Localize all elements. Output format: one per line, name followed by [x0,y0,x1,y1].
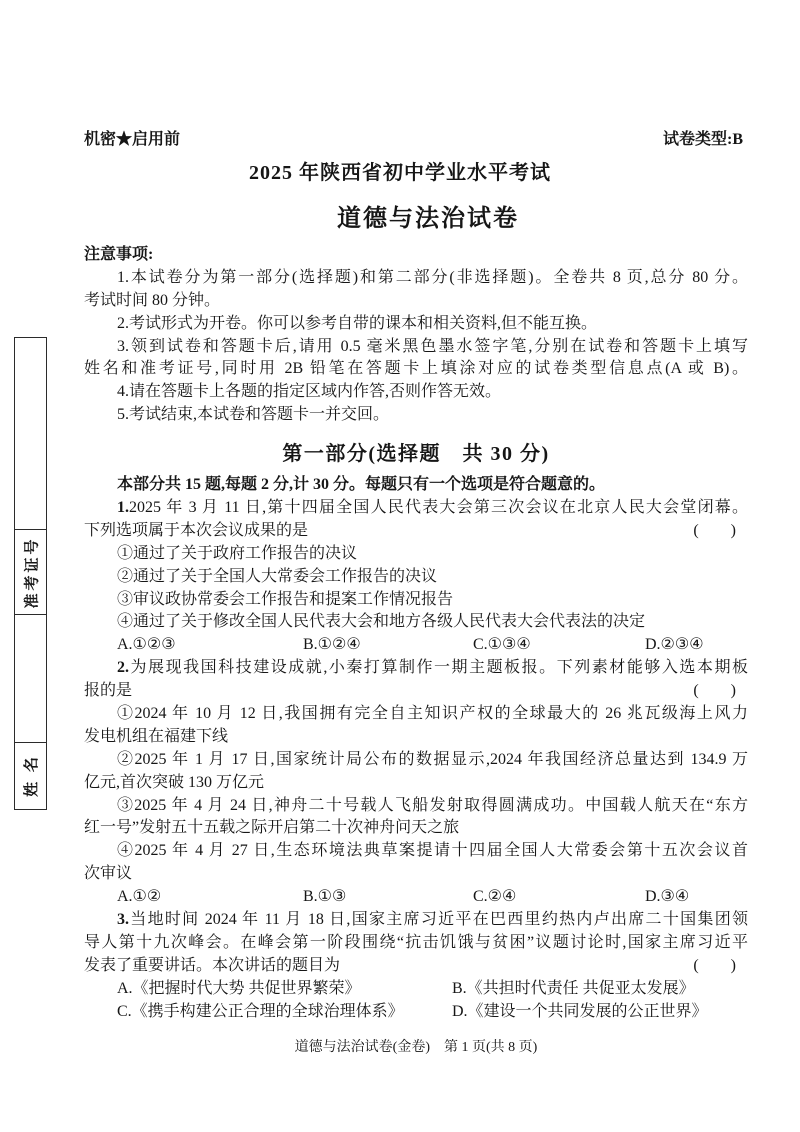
notice-line-6: 4.请在答题卡上各题的指定区域内作答,否则作答无效。 [84,381,748,404]
seal-column: 准考证号 姓 名 [14,337,47,810]
question-3-options-row-1: A.《把握时代大势 共促世界繁荣》 B.《共担时代责任 共促亚太发展》 [84,978,748,1001]
question-3-stem-line-1: 3.当地时间 2024 年 11 月 18 日,国家主席习近平在巴西里约热内卢出… [84,909,748,932]
question-1-stem-text-2: 下列选项属于本次会议成果的是 [84,522,308,539]
paper-title: 道德与法治试卷 [28,198,800,233]
question-3-options-row-2: C.《携手构建公正合理的全球治理体系》 D.《建设一个共同发展的公正世界》 [84,1001,748,1024]
question-3-option-d: D.《建设一个共同发展的公正世界》 [452,1001,708,1024]
notice-line-5: 姓名和准考证号,同时用 2B 铅笔在答题卡上填涂对应的试卷类型信息点(A 或 B… [84,358,748,381]
question-2-item-3-line-2: 红一号”发射五十五载之际开启第二十次神舟问天之旅 [84,817,748,840]
question-1-option-c: C.①③④ [473,634,531,657]
notice-line-4: 3.领到试卷和答题卡后,请用 0.5 毫米黑色墨水签字笔,分别在试卷和答题卡上填… [84,336,748,359]
notice-line-3: 2.考试形式为开卷。你可以参考自带的课本和相关资料,但不能互换。 [84,313,748,336]
seal-exam-number-cell: 准考证号 [15,529,46,614]
question-2-item-2-line-2: 亿元,首次突破 130 万亿元 [84,772,748,795]
question-1-item-4: ④通过了关于修改全国人民代表大会和地方各级人民代表大会代表法的决定 [84,611,748,634]
question-1-number: 1. [117,499,129,516]
question-1-option-a: A.①②③ [117,634,176,657]
question-1-item-2: ②通过了关于全国人大常委会工作报告的决议 [84,566,748,589]
answer-bracket: ( ) [693,520,736,543]
part1-heading: 第一部分(选择题 共 30 分) [84,440,748,469]
question-2-stem-text-2: 报的是 [84,682,132,699]
question-3-option-b: B.《共担时代责任 共促亚太发展》 [452,978,695,1001]
seal-empty-cell-top [15,338,46,529]
question-3-number: 3. [117,911,129,928]
question-1-stem-text: 2025 年 3 月 11 日,第十四届全国人民代表大会第三次会议在北京人民大会… [129,499,748,516]
exam-title: 2025 年陕西省初中学业水平考试 [0,156,800,185]
question-1-stem-line-2: 下列选项属于本次会议成果的是 ( ) [84,520,748,543]
name-label: 姓 名 [20,754,41,797]
question-3-option-a: A.《把握时代大势 共促世界繁荣》 [117,978,361,1001]
exam-paper-page: 机密★启用前 试卷类型:B 2025 年陕西省初中学业水平考试 道德与法治试卷 … [0,0,800,1132]
question-3-stem-line-2: 导人第十九次峰会。在峰会第一阶段围绕“抗击饥饿与贫困”议题讨论时,国家主席习近平 [84,932,748,955]
notice-line-1: 1.本试卷分为第一部分(选择题)和第二部分(非选择题)。全卷共 8 页,总分 8… [84,267,748,290]
page-footer: 道德与法治试卷(金卷) 第 1 页(共 8 页) [84,1036,748,1056]
question-2-option-c: C.②④ [473,886,516,909]
question-1-item-3: ③审议政协常委会工作报告和提案工作情况报告 [84,589,748,612]
question-2-stem-line-1: 2.为展现我国科技建设成就,小秦打算制作一期主题板报。下列素材能够入选本期板 [84,657,748,680]
question-2-item-1-line-2: 发电机组在福建下线 [84,726,748,749]
question-2-item-2-line-1: ②2025 年 1 月 17 日,国家统计局公布的数据显示,2024 年我国经济… [84,749,748,772]
seal-empty-cell-middle [15,614,46,742]
question-3-stem-line-3: 发表了重要讲话。本次讲话的题目为 ( ) [84,955,748,978]
question-1-option-d: D.②③④ [645,634,704,657]
question-2-item-1-line-1: ①2024 年 10 月 12 日,我国拥有完全自主知识产权的全球最大的 26 … [84,703,748,726]
notice-line-2: 考试时间 80 分钟。 [84,290,748,313]
question-1-stem-line-1: 1.2025 年 3 月 11 日,第十四届全国人民代表大会第三次会议在北京人民… [84,497,748,520]
seal-name-cell: 姓 名 [15,742,46,808]
notice-line-7: 5.考试结束,本试卷和答题卡一并交回。 [84,404,748,427]
answer-bracket: ( ) [693,680,736,703]
question-1-item-1: ①通过了关于政府工作报告的决议 [84,543,748,566]
question-2-item-4-line-1: ④2025 年 4 月 27 日,生态环境法典草案提请十四届全国人大常委会第十五… [84,840,748,863]
question-3-stem-text: 当地时间 2024 年 11 月 18 日,国家主席习近平在巴西里约热内卢出席二… [129,911,748,928]
question-2-item-3-line-1: ③2025 年 4 月 24 日,神舟二十号载人飞船发射取得圆满成功。中国载人航… [84,795,748,818]
question-3-option-c: C.《携手构建公正合理的全球治理体系》 [117,1001,404,1024]
question-2-options-row: A.①② B.①③ C.②④ D.③④ [84,886,748,909]
question-2-stem-line-2: 报的是 ( ) [84,680,748,703]
paper-type-label: 试卷类型:B [663,126,743,149]
question-2-option-a: A.①② [117,886,161,909]
question-1-options-row: A.①②③ B.①②④ C.①③④ D.②③④ [84,634,748,657]
question-2-item-4-line-2: 次审议 [84,863,748,886]
body-column: 注意事项: 1.本试卷分为第一部分(选择题)和第二部分(非选择题)。全卷共 8 … [84,244,748,1024]
answer-bracket: ( ) [693,955,736,978]
question-1-option-b: B.①②④ [303,634,361,657]
question-2-number: 2. [117,659,129,676]
part1-intro: 本部分共 15 题,每题 2 分,计 30 分。每题只有一个选项是符合题意的。 [84,474,748,497]
question-2-option-d: D.③④ [645,886,689,909]
confidential-label: 机密★启用前 [84,126,180,149]
question-2-option-b: B.①③ [303,886,346,909]
question-2-stem-text: 为展现我国科技建设成就,小秦打算制作一期主题板报。下列素材能够入选本期板 [129,659,748,676]
exam-number-label: 准考证号 [20,536,41,608]
question-3-stem-text-3: 发表了重要讲话。本次讲话的题目为 [84,957,340,974]
notice-heading: 注意事项: [84,244,748,267]
